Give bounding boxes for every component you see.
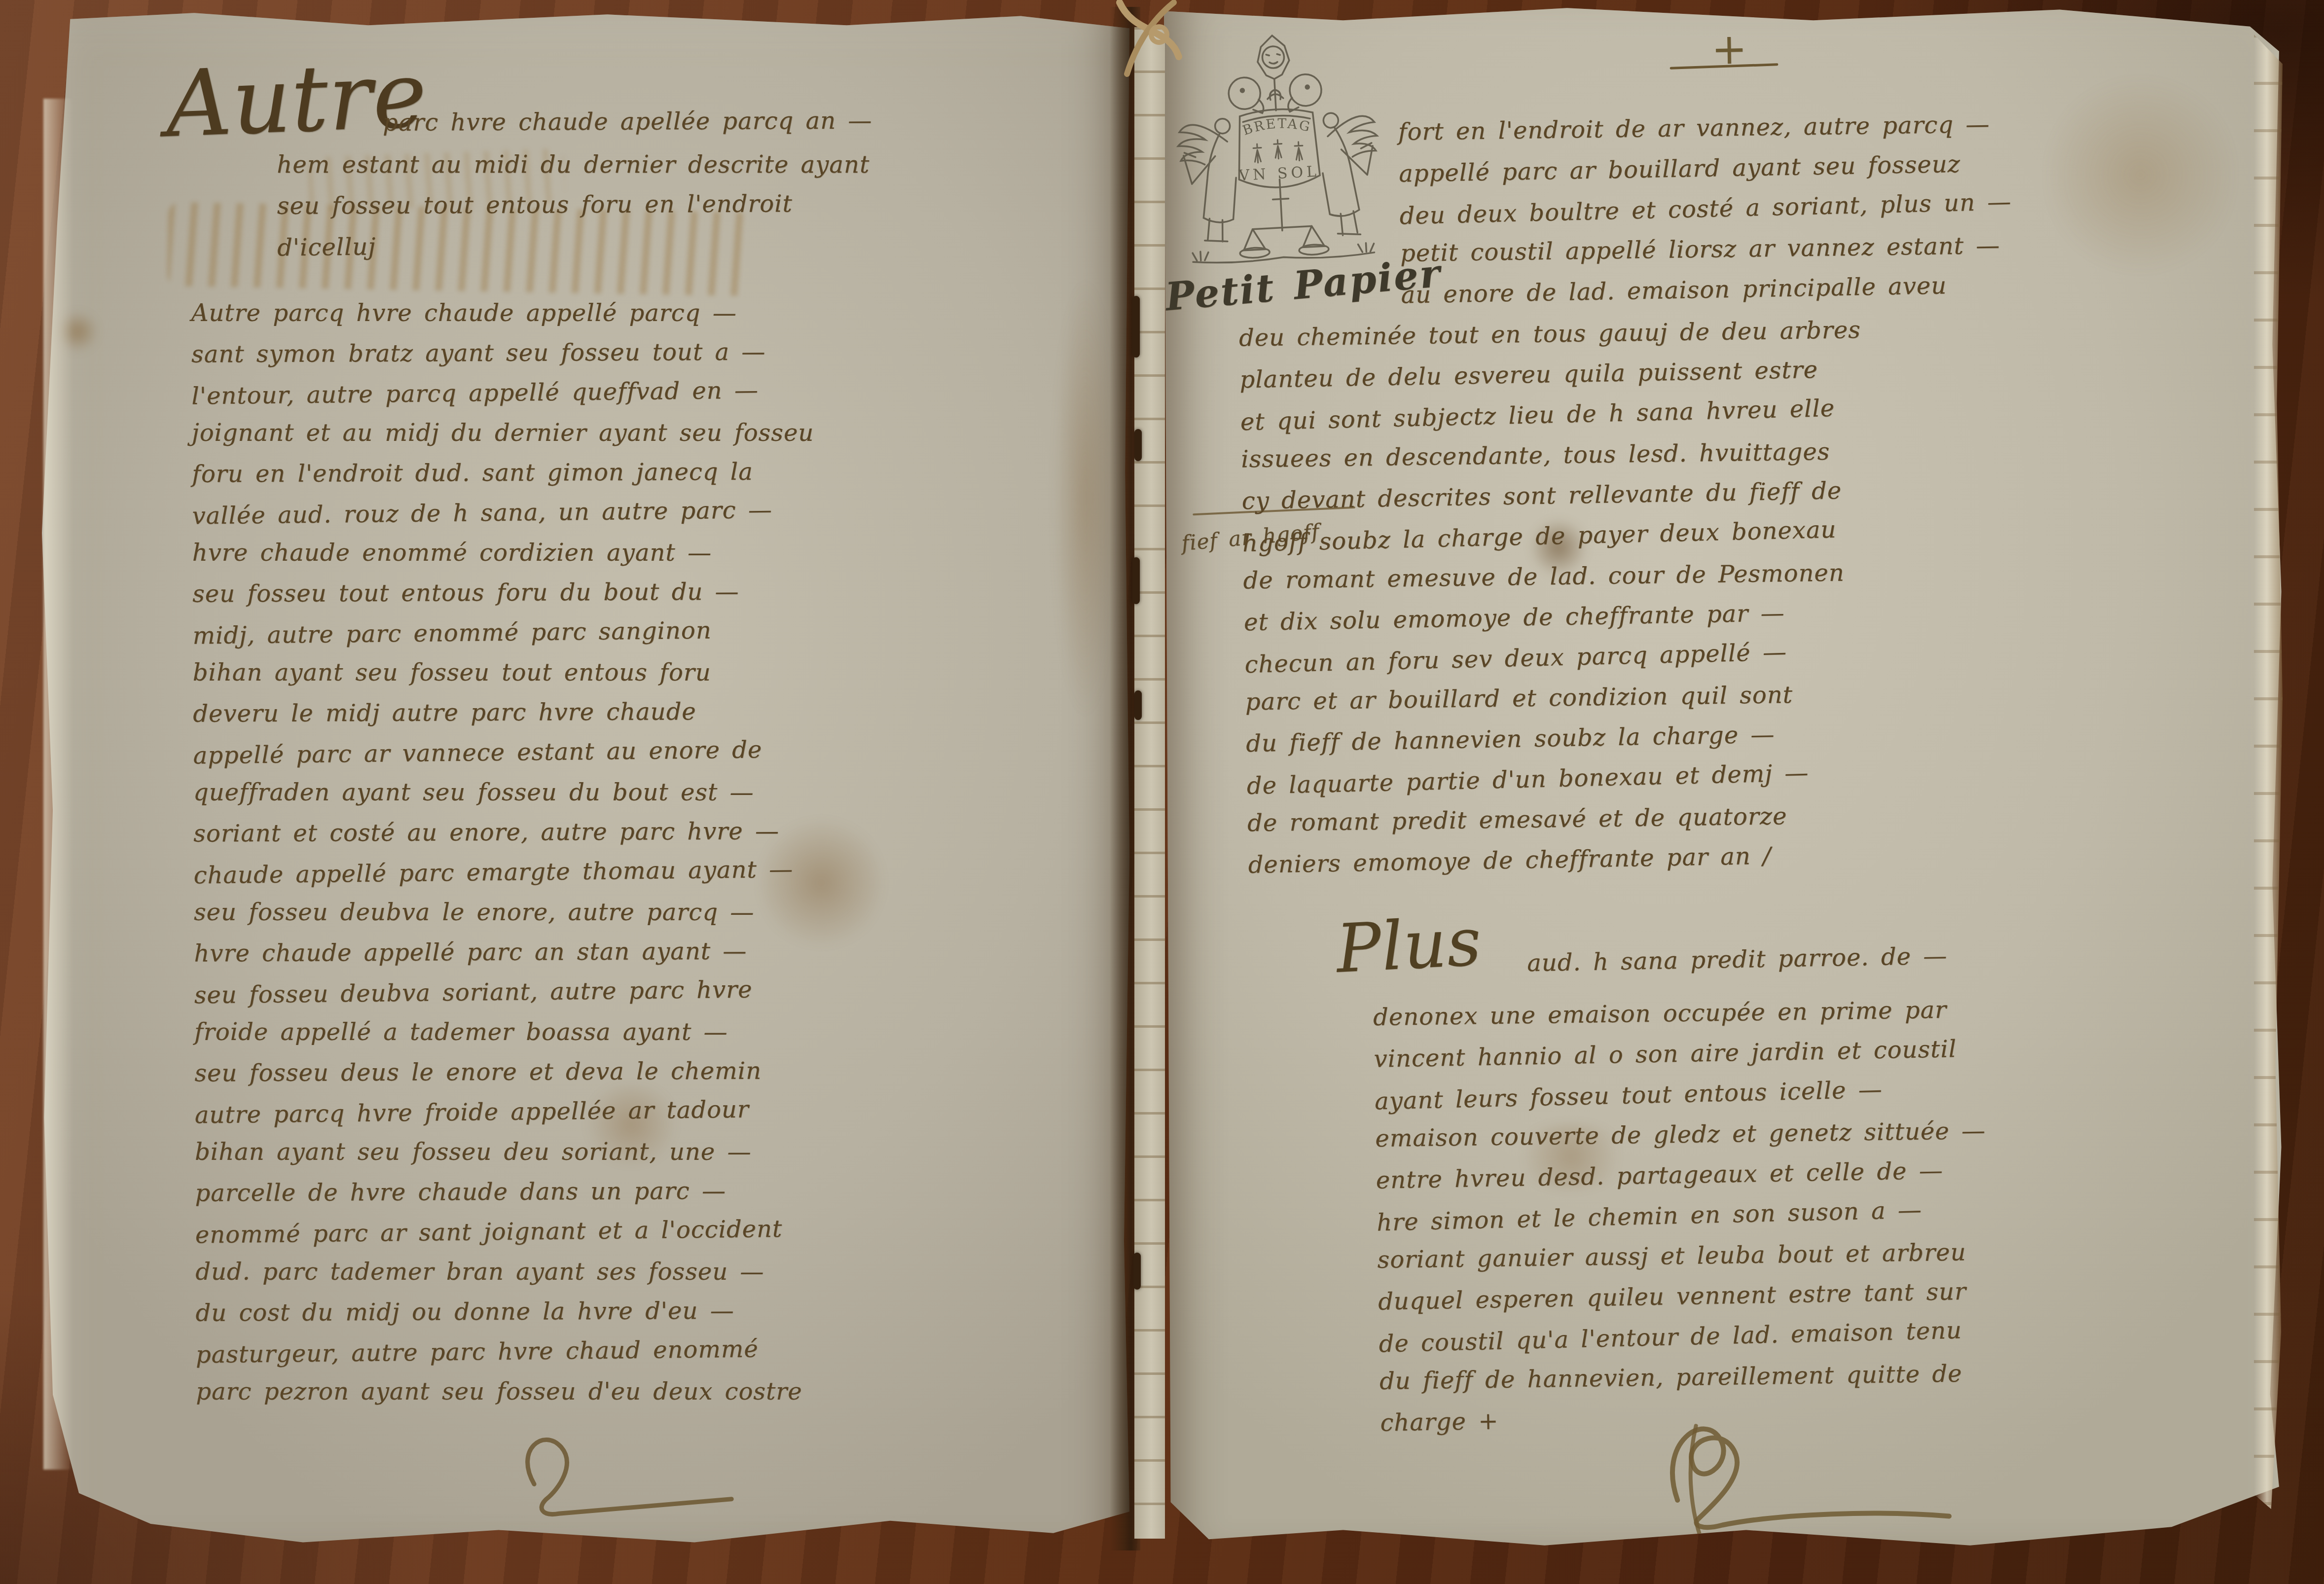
stamp-angel-icon	[1320, 110, 1382, 236]
body-paragraph: Autre parcq hvre chaude appellé parcq —s…	[191, 292, 818, 1413]
body-paragraph: deu cheminée tout en tous gauuj de deu a…	[1238, 308, 1870, 885]
notary-paraph	[1622, 1391, 1979, 1546]
manuscript-line: seu fosseu tout entous foru en l'endroit	[277, 184, 870, 226]
paragraph-end-flourish	[504, 1419, 771, 1523]
second-paragraph: denonex une emaison occupée en prime par…	[1373, 988, 1991, 1443]
binding-stitch	[1132, 557, 1140, 604]
manuscript-line: vallée aud. rouz de h sana, un autre par…	[192, 490, 814, 536]
second-heading-continuation: aud. h sana predit parroe. de —	[1527, 942, 1948, 977]
manuscript-line: seu fosseu tout entous foru du bout du —	[192, 572, 815, 614]
manuscript-line: sant symon bratz ayant seu fosseu tout a…	[191, 332, 814, 375]
manuscript-line: chaude appellé parc emargte thomau ayant…	[193, 849, 816, 896]
manuscript-line: hvre chaude enommé cordizien ayant —	[192, 533, 814, 573]
manuscript-line: de romant emesuve de lad. cour de Pesmon…	[1243, 552, 1865, 601]
binding-page-edges	[1134, 27, 1165, 1539]
manuscript-line: froide appellé a tademer boassa ayant —	[194, 1012, 816, 1052]
manuscript-line: dud. parc tademer bran ayant ses fosseu …	[195, 1252, 817, 1292]
heading-continuation: parc hvre chaude apellée parcq an —	[383, 107, 872, 137]
upper-paragraph: fort en l'endroit de ar vannez, autre pa…	[1398, 103, 2013, 316]
manuscript-line: hvre chaude appellé parc an stan ayant —	[194, 931, 816, 974]
manuscript-line: foru en l'endroit dud. sant gimon janecq…	[192, 452, 814, 495]
manuscript-line: bihan ayant seu fosseu tout entous foru	[193, 653, 815, 693]
wood-table-background: Autre parc hvre chaude apellée parcq an …	[0, 0, 2324, 1584]
manuscript-left-page: Autre parc hvre chaude apellée parcq an …	[42, 10, 1129, 1548]
manuscript-line: autre parcq hvre froide appellée ar tado…	[194, 1089, 817, 1135]
manuscript-line: parcelle de hvre chaude dans un parc —	[195, 1171, 817, 1214]
stamp-scales-icon	[1239, 225, 1329, 258]
manuscript-line: emaison couverte de gledz et genetz sitt…	[1375, 1111, 1986, 1159]
second-entry-heading: Plus	[1335, 907, 1483, 984]
manuscript-line: du cost du midj ou donne la hvre d'eu —	[195, 1291, 818, 1333]
manuscript-line: hem estant au midi du dernier descrite a…	[277, 145, 870, 185]
manuscript-line: appellé parc ar vannece estant au enore …	[193, 729, 815, 776]
fore-edge-leaves	[2254, 35, 2283, 1509]
stamp-bird-head-icon	[1228, 77, 1261, 110]
manuscript-line: d'icelluj	[277, 222, 871, 268]
manuscript-line: denonex une emaison occupée en prime par	[1373, 989, 1984, 1038]
manuscript-line: seu fosseu deubva soriant, autre parc hv…	[194, 969, 816, 1015]
stamp-bird-head-icon	[1289, 73, 1322, 107]
manuscript-line: issuees en descendante, tous lesd. hvuit…	[1241, 431, 1863, 479]
manuscript-line: parc et ar bouillard et condizion quil s…	[1245, 674, 1867, 722]
manuscript-line: midj, autre parc enommé parc sanginon	[192, 610, 815, 656]
manuscript-line: seu fosseu deus le enore et deva le chem…	[194, 1051, 817, 1094]
manuscript-line: seu fosseu deubva le enore, autre parcq …	[194, 893, 816, 933]
manuscript-line: pasturgeur, autre parc hvre chaud enommé	[195, 1329, 818, 1375]
manuscript-right-page: +	[1164, 5, 2284, 1548]
manuscript-line: petit coustil appellé liorsz ar vannez e…	[1400, 225, 2012, 274]
manuscript-line: queffraden ayant seu fosseu du bout est …	[193, 773, 815, 813]
left-page-text-layer: Autre parc hvre chaude apellée parcq an …	[42, 7, 1136, 1550]
binding-stitch	[1134, 429, 1142, 461]
deckle-edge-highlight	[43, 99, 73, 1470]
manuscript-line: l'entour, autre parcq appellé queffvad e…	[191, 370, 814, 416]
manuscript-line: enommé parc ar sant joignant et a l'occi…	[195, 1209, 817, 1255]
binding-stitch	[1133, 1253, 1141, 1290]
manuscript-line: soriant ganuier aussj et leuba bout et a…	[1377, 1232, 1988, 1280]
binding-stitch	[1132, 296, 1140, 358]
stamp-angel-icon	[1177, 118, 1239, 244]
manuscript-line: bihan ayant seu fosseu deu soriant, une …	[195, 1132, 817, 1172]
manuscript-line: parc pezron ayant seu fosseu d'eu deux c…	[196, 1372, 818, 1412]
stamp-sun-icon	[1262, 46, 1284, 69]
manuscript-line: fort en l'endroit de ar vannez, autre pa…	[1398, 104, 2010, 152]
manuscript-line: joignant et au midj du dernier ayant seu…	[192, 413, 814, 453]
binding-stitch	[1134, 690, 1142, 720]
manuscript-line: soriant et costé au enore, autre parc hv…	[193, 811, 816, 854]
manuscript-line: deu cheminée tout en tous gauuj de deu a…	[1238, 310, 1861, 358]
right-page-text-layer: +	[1153, 0, 2299, 1548]
manuscript-line: Autre parcq hvre chaude appellé parcq —	[191, 293, 813, 333]
ermine-spots-icon	[1253, 139, 1303, 163]
intro-paragraph: hem estant au midi du dernier descrite a…	[277, 144, 870, 266]
manuscript-line: de romant predit emesavé et de quatorze	[1247, 795, 1870, 843]
manuscript-line: deveru le midj autre parc hvre chaude	[193, 691, 815, 734]
binding-cord	[1100, 0, 1218, 94]
